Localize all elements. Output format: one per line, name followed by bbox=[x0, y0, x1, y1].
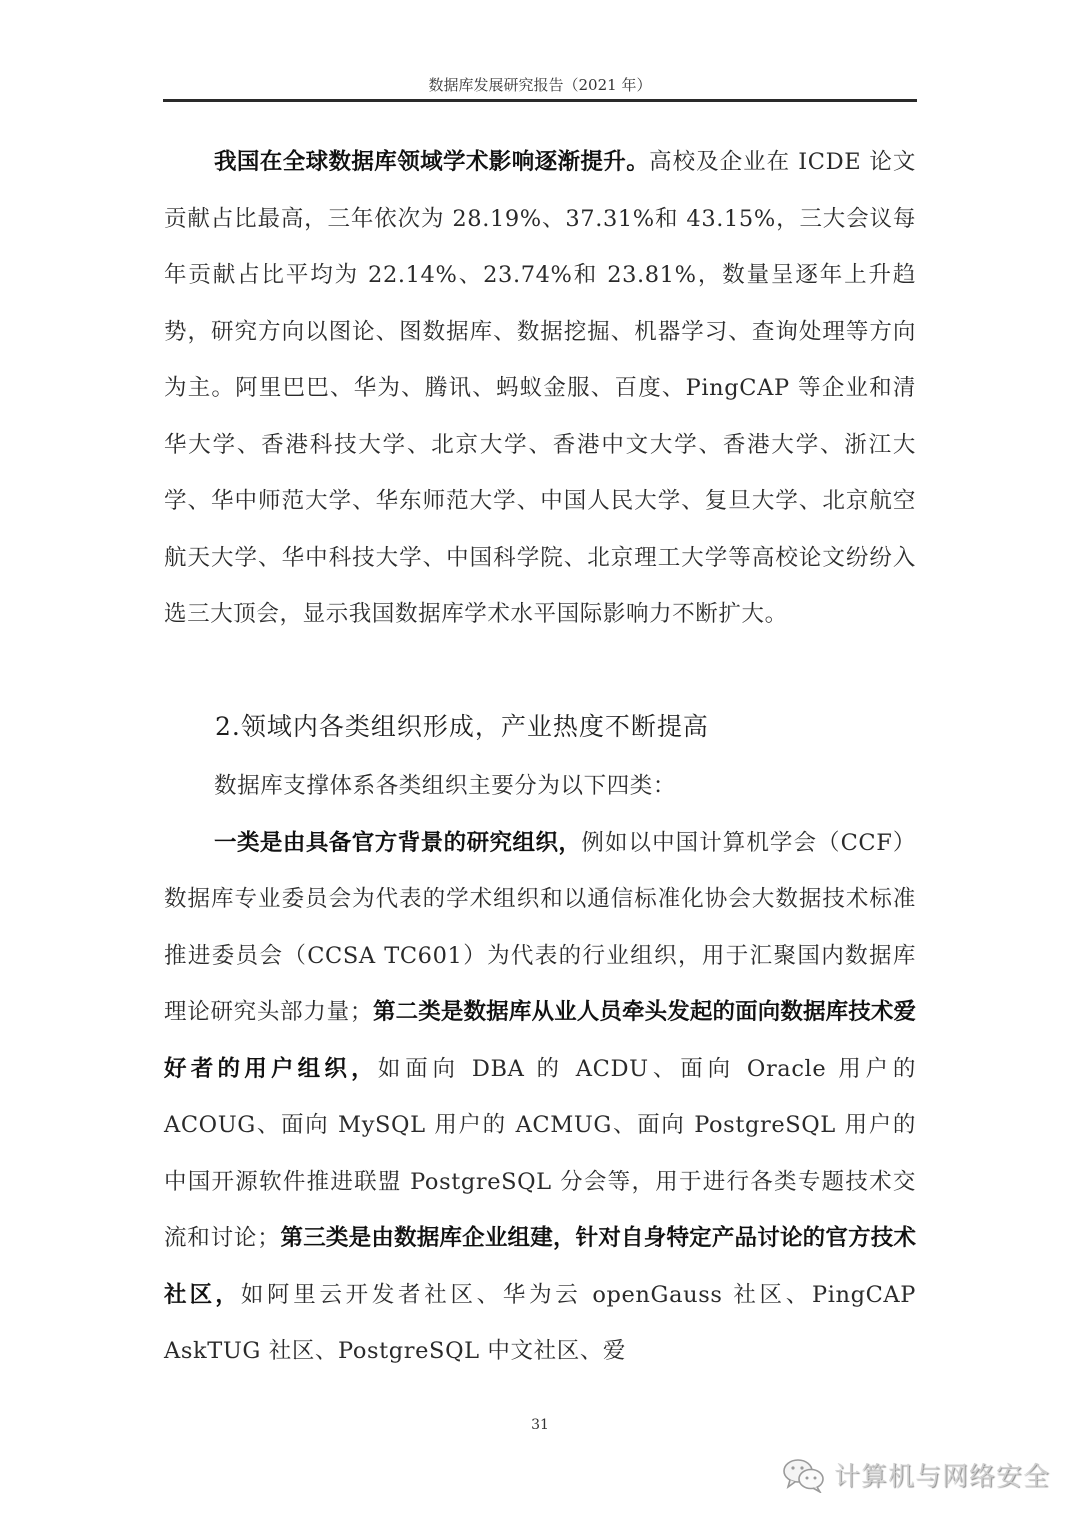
paragraph-lead-bold: 我国在全球数据库领域学术影响逐渐提升。 bbox=[214, 149, 649, 175]
paragraph-intro: 数据库支撑体系各类组织主要分为以下四类： bbox=[164, 758, 916, 815]
page-number: 31 bbox=[0, 1417, 1080, 1433]
category-three-text: 如阿里云开发者社区、华为云 openGauss 社区、PingCAP AskTU… bbox=[164, 1282, 916, 1365]
section-heading: 2.领域内各类组织形成，产业热度不断提高 bbox=[215, 707, 709, 747]
watermark: 计算机与网络安全 bbox=[782, 1456, 1050, 1493]
watermark-text: 计算机与网络安全 bbox=[834, 1456, 1050, 1493]
paragraph-academic-influence: 我国在全球数据库领域学术影响逐渐提升。高校及企业在 ICDE 论文贡献占比最高，… bbox=[164, 134, 916, 643]
paragraph-body: 高校及企业在 ICDE 论文贡献占比最高，三年依次为 28.19%、37.31%… bbox=[164, 149, 916, 627]
category-two-text: 如面向 DBA 的 ACDU、面向 Oracle 用户的 ACOUG、面向 My… bbox=[164, 1056, 916, 1252]
header-divider bbox=[163, 99, 917, 102]
paragraph-organization-types: 数据库支撑体系各类组织主要分为以下四类： 一类是由具备官方背景的研究组织，例如以… bbox=[164, 758, 916, 1380]
category-one-bold: 一类是由具备官方背景的研究组织， bbox=[214, 830, 581, 856]
wechat-icon bbox=[782, 1457, 826, 1493]
category-one-text: 例如以中国计算机学会（CCF）数据库专业委员会为代表的学术组织和以通信标准化协会… bbox=[164, 830, 916, 1026]
page-header-title: 数据库发展研究报告（2021 年） bbox=[163, 74, 917, 96]
